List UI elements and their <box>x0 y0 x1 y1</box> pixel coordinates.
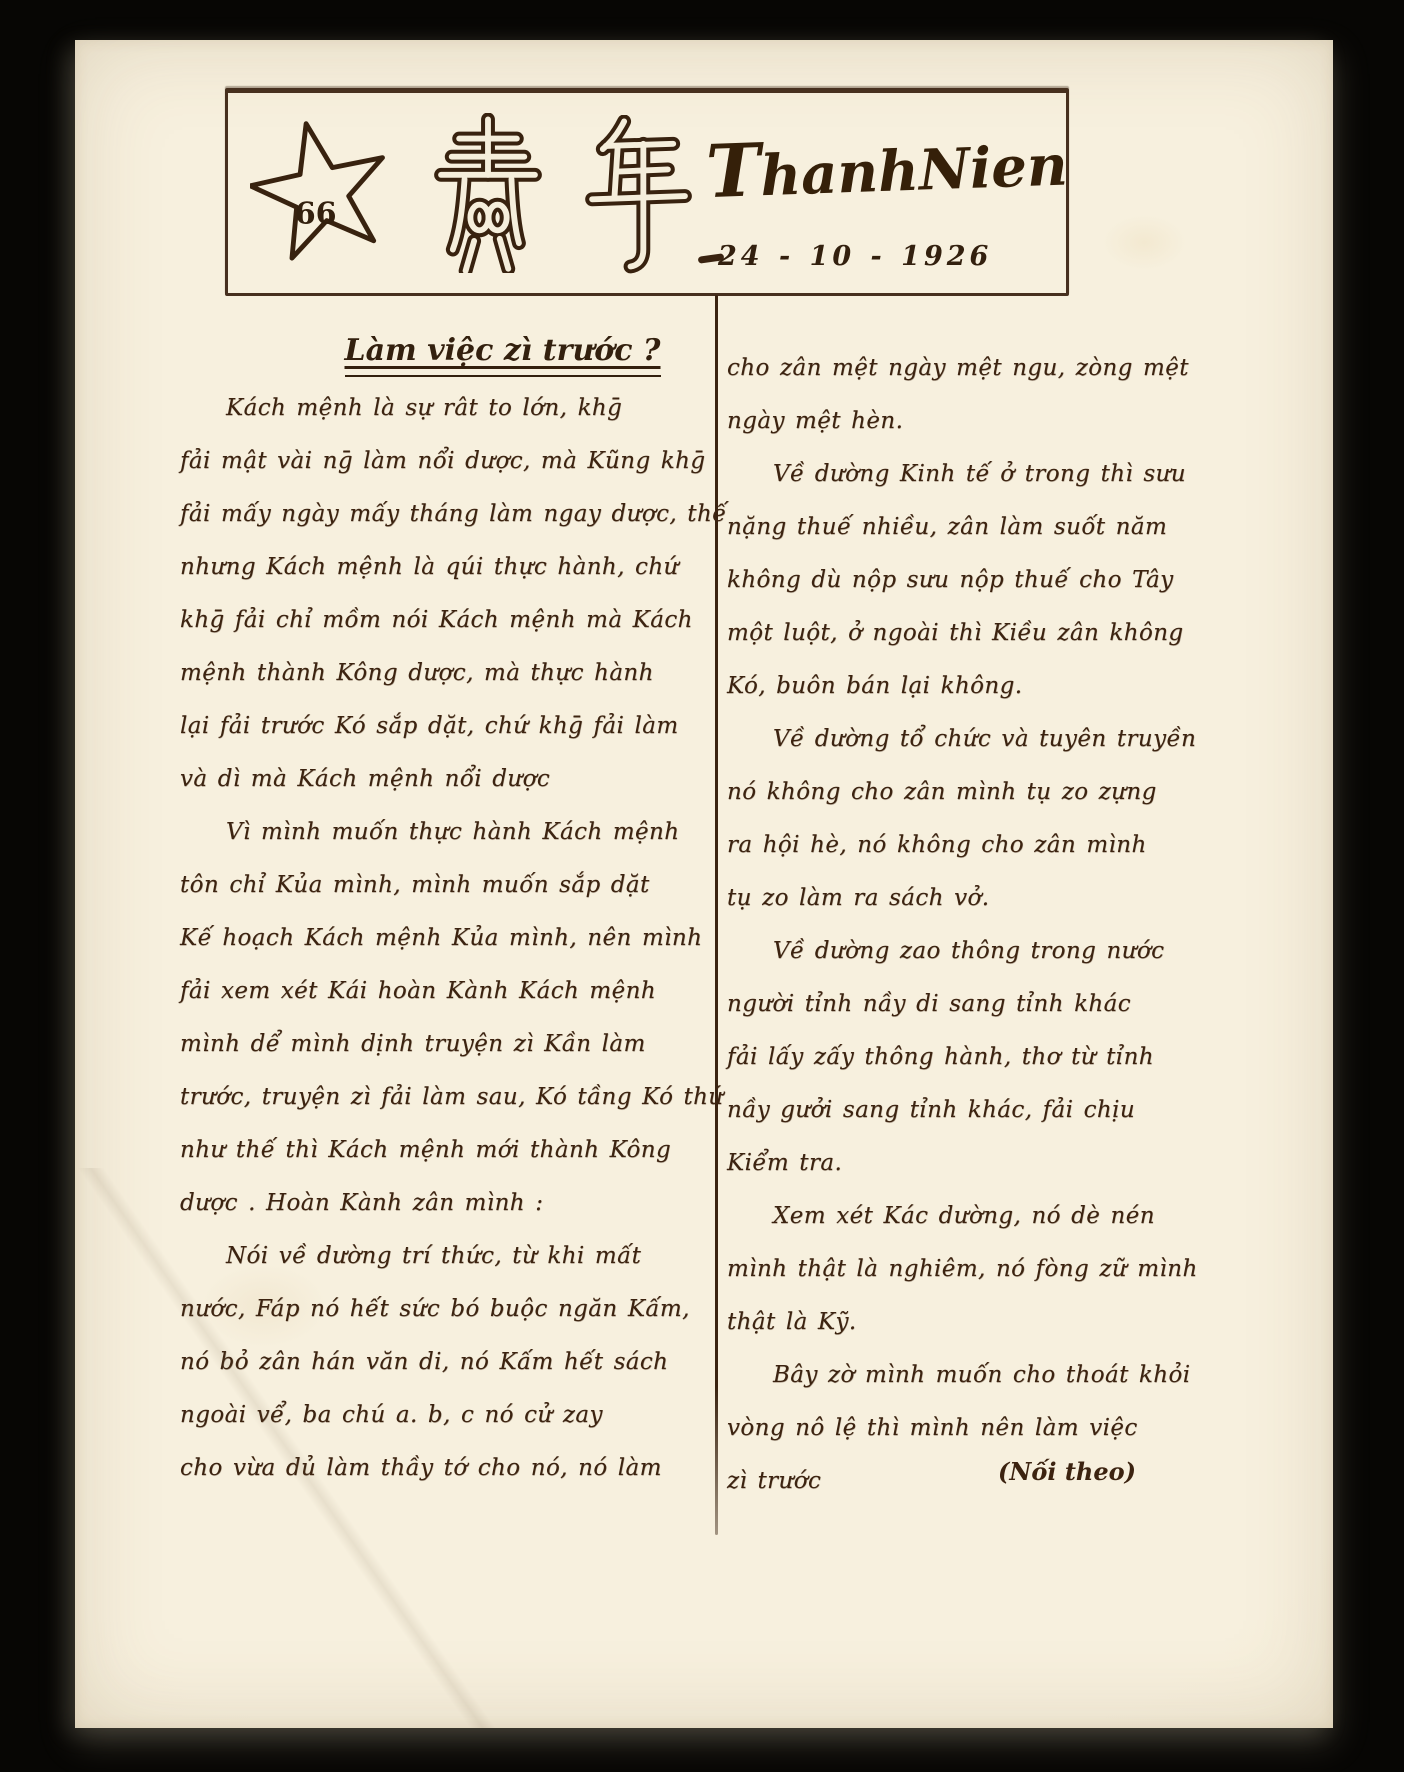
text-line: mình dể mình dịnh truyện zì Kần làm <box>180 1018 720 1071</box>
text-line: fải mật vài nḡ làm nổi dược, mà Kũng khḡ <box>180 435 720 488</box>
text-line: khḡ fải chỉ mồm nói Kách mệnh mà Kách <box>180 594 720 647</box>
text-line: Kách mệnh là sự rât to lớn, khḡ <box>180 382 720 435</box>
text-line: nầy gưởi sang tỉnh khác, fải chịu <box>727 1084 1162 1137</box>
text-line: nhưng Kách mệnh là qúi thực hành, chứ <box>180 541 720 594</box>
text-line: Kó, buôn bán lại không. <box>727 660 1162 713</box>
chinese-character-qing-icon <box>428 113 548 273</box>
text-line: Vì mình muốn thực hành Kách mệnh <box>180 806 720 859</box>
text-line: mình thật là nghiêm, nó fòng zữ mình <box>727 1243 1162 1296</box>
issue-number: 66 <box>295 196 337 231</box>
text-line: cho zân mệt ngày mệt ngu, zòng mệt <box>727 342 1162 395</box>
text-line: cho vừa dủ làm thầy tớ cho nó, nó làm <box>180 1442 720 1495</box>
masthead-script-title: ThanhNien <box>705 121 1058 213</box>
text-line: Kế hoạch Kách mệnh Kủa mình, nên mình <box>180 912 720 965</box>
newspaper-page: 66 <box>75 40 1333 1728</box>
text-line: nó bỏ zân hán văn di, nó Kấm hết sách <box>180 1336 720 1389</box>
text-line: không dù nộp sưu nộp thuế cho Tây <box>727 554 1162 607</box>
text-line: ngày mệt hèn. <box>727 395 1162 448</box>
text-line: tụ zo làm ra sách vở. <box>727 872 1162 925</box>
text-line: người tỉnh nầy di sang tỉnh khác <box>727 978 1162 1031</box>
article-title: Làm việc zì trước ? <box>180 330 720 372</box>
continuation-note: (Nối theo) <box>998 1445 1136 1498</box>
text-line: Về dường Kinh tế ở trong thì sưu <box>727 448 1162 501</box>
text-line: một luột, ở ngoài thì Kiều zân không <box>727 607 1162 660</box>
text-line: dược . Hoàn Kành zân mình : <box>180 1177 720 1230</box>
masthead-date: 24 - 10 - 1926 <box>718 243 992 270</box>
chinese-character-nian-icon <box>578 115 698 275</box>
text-line: Kiểm tra. <box>727 1137 1162 1190</box>
text-line: mệnh thành Kông dược, mà thực hành <box>180 647 720 700</box>
left-column: Làm việc zì trước ? Kách mệnh là sự rât … <box>180 330 720 1495</box>
text-line: trước, truyện zì fải làm sau, Kó tầng Kó… <box>180 1071 720 1124</box>
text-line: nặng thuế nhiều, zân làm suốt năm <box>727 501 1162 554</box>
text-line: lại fải trước Kó sắp dặt, chứ khḡ fải là… <box>180 700 720 753</box>
left-column-lines: Kách mệnh là sự rât to lớn, khḡ fải mật … <box>180 382 720 1495</box>
text-line: và dì mà Kách mệnh nổi dược <box>180 753 720 806</box>
text-line: Nói về dường trí thức, từ khi mất <box>180 1230 720 1283</box>
article-title-text: Làm việc zì trước ? <box>345 333 661 377</box>
text-line: ngoài vể, ba chú a. b, c nó cử zay <box>180 1389 720 1442</box>
text-line: fải lấy zấy thông hành, thơ từ tỉnh <box>727 1031 1162 1084</box>
text-line: thật là Kỹ. <box>727 1296 1162 1349</box>
masthead-box: 66 <box>225 88 1069 296</box>
right-column-lines: cho zân mệt ngày mệt ngu, zòng mệt ngày … <box>727 342 1162 1508</box>
text-line: tôn chỉ Kủa mình, mình muốn sắp dặt <box>180 859 720 912</box>
text-line: Về dường tổ chức và tuyên truyền <box>727 713 1162 766</box>
text-line: nước, Fáp nó hết sức bó buộc ngăn Kấm, <box>180 1283 720 1336</box>
text-line: nó không cho zân mình tụ zo zựng <box>727 766 1162 819</box>
text-line: ra hội hè, nó không cho zân mình <box>727 819 1162 872</box>
text-line: fải mấy ngày mấy tháng làm ngay dược, th… <box>180 488 720 541</box>
text-line: fải xem xét Kái hoàn Kành Kách mệnh <box>180 965 720 1018</box>
star-outline-icon <box>250 110 390 264</box>
text-line: Xem xét Kác dường, nó dè nén <box>727 1190 1162 1243</box>
issue-star-icon: 66 <box>250 109 390 269</box>
text-line: Về dường zao thông trong nước <box>727 925 1162 978</box>
text-line: Bây zờ mình muốn cho thoát khỏi <box>727 1349 1162 1402</box>
text-line: như thế thì Kách mệnh mới thành Kông <box>180 1124 720 1177</box>
right-column: cho zân mệt ngày mệt ngu, zòng mệt ngày … <box>727 332 1162 1508</box>
